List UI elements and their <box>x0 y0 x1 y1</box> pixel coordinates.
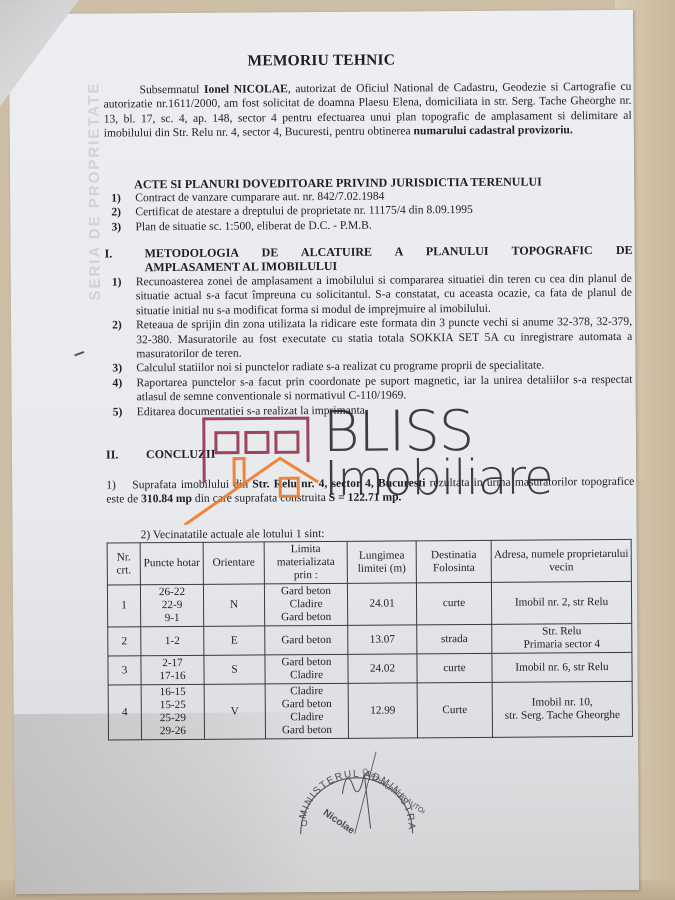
cell-nr: 2 <box>108 627 141 656</box>
column-header: Adresa, numele proprietarului vecin <box>491 539 631 582</box>
cell-boundary: CladireGard betonCladireGard beton <box>265 683 348 739</box>
cell-line: Gard beton <box>267 585 345 599</box>
logo-text-imobiliare: Imobiliare <box>324 451 553 505</box>
column-header: Puncte hotar <box>140 542 203 584</box>
total-area: 310.84 mp <box>141 492 192 505</box>
section-number: I. <box>105 246 145 261</box>
column-header: Limita materializata prin : <box>264 541 347 584</box>
cell-line: Imobil nr. 6, str Relu <box>494 660 629 674</box>
section-1-heading-cont: AMPLASAMENT AL IMOBILULUI <box>145 259 338 275</box>
cell-boundary: Gard beton <box>265 625 348 655</box>
section-title: CONCLUZII <box>146 447 215 462</box>
cell-length: 13.07 <box>348 625 417 654</box>
column-header: Orientare <box>203 542 264 584</box>
cell-orientation: S <box>204 655 265 684</box>
cell-line: Imobil nr. 2, str Relu <box>494 596 629 610</box>
cell-line: Cladire <box>268 685 346 699</box>
cell-orientation: E <box>204 626 265 655</box>
conclusion-text: din care suprafata construita <box>192 491 329 505</box>
table-row: 416-1515-2525-2929-26VCladireGard betonC… <box>108 681 632 740</box>
cell-address: Imobil nr. 2, str Relu <box>491 581 631 624</box>
cell-line: Gard beton <box>267 656 345 670</box>
section-number: II. <box>106 447 146 462</box>
cell-line: Str. Relu <box>494 625 629 639</box>
cell-length: 24.02 <box>348 654 417 683</box>
cell-line: 22-9 <box>143 599 201 612</box>
item-number: 1) <box>106 478 132 493</box>
table-row: 32-1717-16SGard betonCladire24.02curteIm… <box>108 652 632 685</box>
item-text: Reteaua de sprijin din zona utilizata la… <box>136 315 632 362</box>
cell-line: 1-2 <box>143 634 201 647</box>
cell-boundary: Gard betonCladireGard beton <box>264 583 347 626</box>
acts-list: 1)Contract de vanzare cumparare aut. nr.… <box>111 188 631 235</box>
item-number: 3) <box>112 362 136 377</box>
cell-boundary: Gard betonCladire <box>265 654 348 684</box>
cell-use: curte <box>416 582 491 625</box>
cell-use: curte <box>417 653 492 683</box>
cell-line: 17-16 <box>144 670 202 683</box>
cell-line: Cladire <box>267 598 345 612</box>
cell-points: 1-2 <box>141 626 204 655</box>
list-item: 1)Recunoasterea zonei de amplasament a i… <box>112 272 632 319</box>
intro-text: Subsemnatul <box>139 83 204 96</box>
item-number: 4) <box>112 376 136 405</box>
cell-line: Cladire <box>268 669 346 683</box>
cell-points: 26-2222-99-1 <box>140 584 203 626</box>
column-header: Lungimea limitei (m) <box>347 541 416 583</box>
intro-paragraph: Subsemnatul Ionel NICOLAE, autorizat de … <box>103 80 631 141</box>
cell-line: 16-15 <box>144 686 202 699</box>
cell-address: Imobil nr. 6, str Relu <box>492 652 632 682</box>
cell-line: Gard beton <box>267 611 345 625</box>
item-number: 2) <box>112 319 136 362</box>
stamp-name: Nicolae <box>321 807 357 837</box>
official-stamp: MINISTERUL ADMINISTRATIEI CERTIFICAT DE … <box>284 733 425 844</box>
column-header: Nr. crt. <box>107 543 140 585</box>
cell-line: 2-17 <box>143 657 201 670</box>
item-number: 1) <box>112 275 136 318</box>
document-page: MEMORIU TEHNIC Subsemnatul Ionel NICOLAE… <box>9 10 639 894</box>
section-1-heading: I. METODOLOGIA DE ALCATUIRE A PLANULUI T… <box>105 243 633 261</box>
cell-line: Cladire <box>268 711 346 725</box>
cell-orientation: V <box>204 684 265 739</box>
item-number: 1) <box>111 191 135 206</box>
surveyor-name: Ionel NICOLAE <box>204 82 288 96</box>
column-header: Destinatia Folosinta <box>416 540 491 583</box>
cell-line: 26-22 <box>143 586 201 599</box>
cell-line: 9-1 <box>143 612 201 625</box>
document-title: MEMORIU TEHNIC <box>9 52 633 71</box>
cell-nr: 1 <box>107 585 140 627</box>
cell-line: Imobil nr. 10, <box>495 696 630 710</box>
cell-line: Primaria sector 4 <box>494 638 629 652</box>
table-row: 126-2222-99-1NGard betonCladireGard beto… <box>107 581 631 627</box>
cell-orientation: N <box>203 584 264 626</box>
item-text: Recunoasterea zonei de amplasament a imo… <box>136 272 632 319</box>
list-item: 2)Reteaua de sprijin din zona utilizata … <box>112 315 632 362</box>
section-2-heading: II. CONCLUZII <box>106 447 215 462</box>
cell-nr: 4 <box>108 685 141 740</box>
section-title: METODOLOGIA DE ALCATUIRE A PLANULUI TOPO… <box>145 243 633 261</box>
table-header-row: Nr. crt.Puncte hotarOrientareLimita mate… <box>107 539 631 585</box>
cell-use: strada <box>417 624 492 654</box>
cell-line: Gard beton <box>268 698 346 712</box>
cell-use: Curte <box>417 682 492 738</box>
cell-length: 12.99 <box>348 683 417 738</box>
stamp-outer-text: MINISTERUL ADMINISTRATIEI <box>284 733 417 831</box>
cell-line: str. Serg. Tache Gheorghe <box>495 709 630 723</box>
neighbors-table: Nr. crt.Puncte hotarOrientareLimita mate… <box>107 539 633 741</box>
list-item: 3)Plan de situatie sc. 1:500, eliberat d… <box>111 217 631 235</box>
cell-points: 2-1717-16 <box>141 655 204 684</box>
cell-line: 25-29 <box>144 712 202 725</box>
intro-purpose: numarului cadastral provizoriu. <box>413 123 572 137</box>
side-watermark: SERIA DE PROPRIETATE <box>87 82 103 301</box>
cell-line: Gard beton <box>267 633 345 647</box>
conclusion-text: Suprafata imobilului din <box>132 478 252 492</box>
cell-address: Imobil nr. 10,str. Serg. Tache Gheorghe <box>492 681 632 737</box>
item-text: Plan de situatie sc. 1:500, eliberat de … <box>135 217 631 235</box>
item-number: 5) <box>113 405 137 420</box>
svg-text:MINISTERUL ADMINISTRATIEI: MINISTERUL ADMINISTRATIEI <box>284 733 417 831</box>
svg-text:O: O <box>301 818 308 828</box>
cell-nr: 3 <box>108 656 141 685</box>
cell-line: 15-25 <box>144 699 202 712</box>
cell-length: 24.01 <box>347 583 416 625</box>
cell-points: 16-1515-2525-2929-26 <box>141 684 204 739</box>
methodology-list: 1)Recunoasterea zonei de amplasament a i… <box>112 272 633 420</box>
item-number: 2) <box>111 206 135 221</box>
table-row: 21-2EGard beton13.07stradaStr. ReluPrima… <box>108 623 632 656</box>
item-number: 3) <box>111 220 135 235</box>
pen-mark <box>74 351 84 356</box>
cell-line: 29-26 <box>144 725 202 738</box>
cell-address: Str. ReluPrimaria sector 4 <box>492 623 632 653</box>
